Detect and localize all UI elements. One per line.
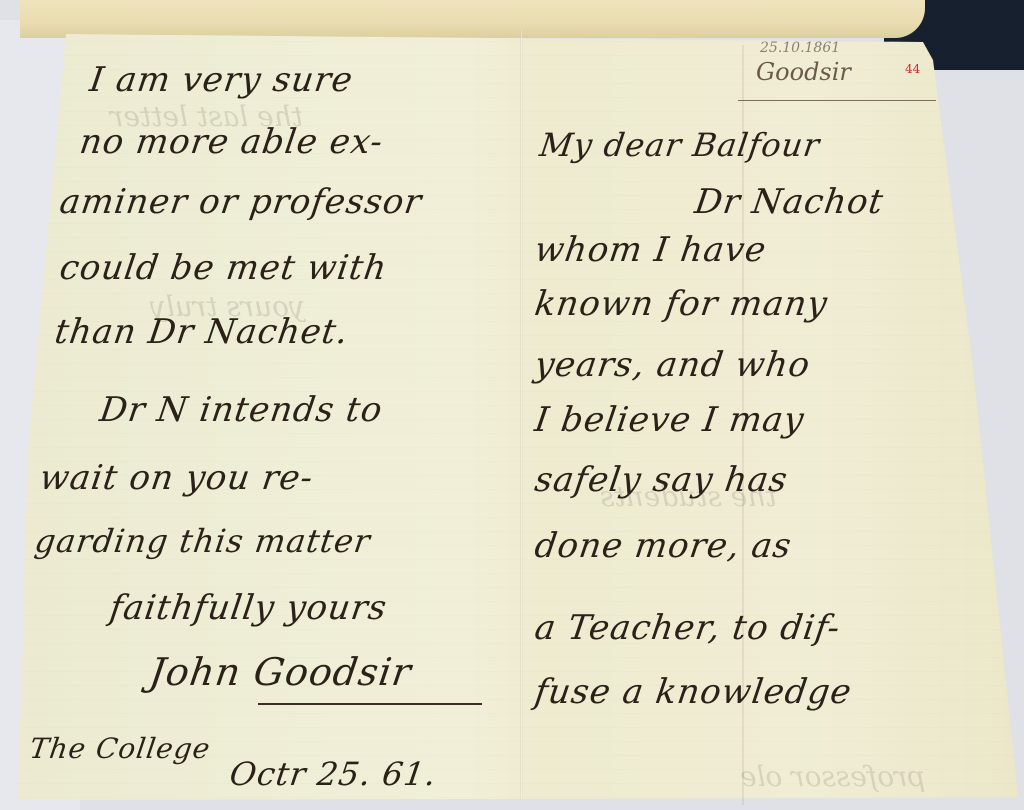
bleed-through-text: professor ole — [740, 760, 925, 793]
closing-text: faithfully yours — [107, 588, 389, 628]
letter-line: garding this matter — [32, 522, 373, 560]
letter-line: I believe I may — [532, 400, 807, 440]
letter-line: known for many — [532, 284, 830, 324]
archival-name: Goodsir — [756, 58, 851, 86]
place-line: The College — [28, 732, 213, 765]
letter-line: a Teacher, to dif- — [532, 608, 843, 648]
signature-underline — [258, 703, 482, 705]
letter-line: than Dr Nachet. — [52, 312, 351, 352]
letter-line: whom I have — [532, 230, 769, 270]
letter-line: Dr N intends to — [97, 390, 385, 430]
center-fold-crease — [520, 30, 523, 800]
letter-line: could be met with — [57, 248, 390, 288]
archival-date: 25.10.1861 — [760, 40, 840, 56]
letter-line: done more, as — [532, 526, 794, 566]
archival-underline — [738, 100, 936, 101]
salutation: My dear Balfour — [537, 126, 822, 164]
letter-line: wait on you re- — [37, 458, 316, 498]
folio-number: 44 — [905, 62, 920, 76]
letter-line: fuse a knowledge — [532, 672, 854, 712]
letter-line: years, and who — [532, 345, 813, 385]
letter-line: safely say has — [532, 460, 790, 500]
letter-line: aminer or professor — [57, 182, 424, 222]
signature: John Goodsir — [147, 650, 415, 694]
letter-line: no more able ex- — [77, 122, 386, 162]
letter-line: I am very sure — [87, 60, 355, 100]
date-line: Octr 25. 61. — [227, 755, 439, 793]
letter-line: Dr Nachot — [692, 182, 886, 222]
folded-paper-edge — [20, 0, 925, 38]
